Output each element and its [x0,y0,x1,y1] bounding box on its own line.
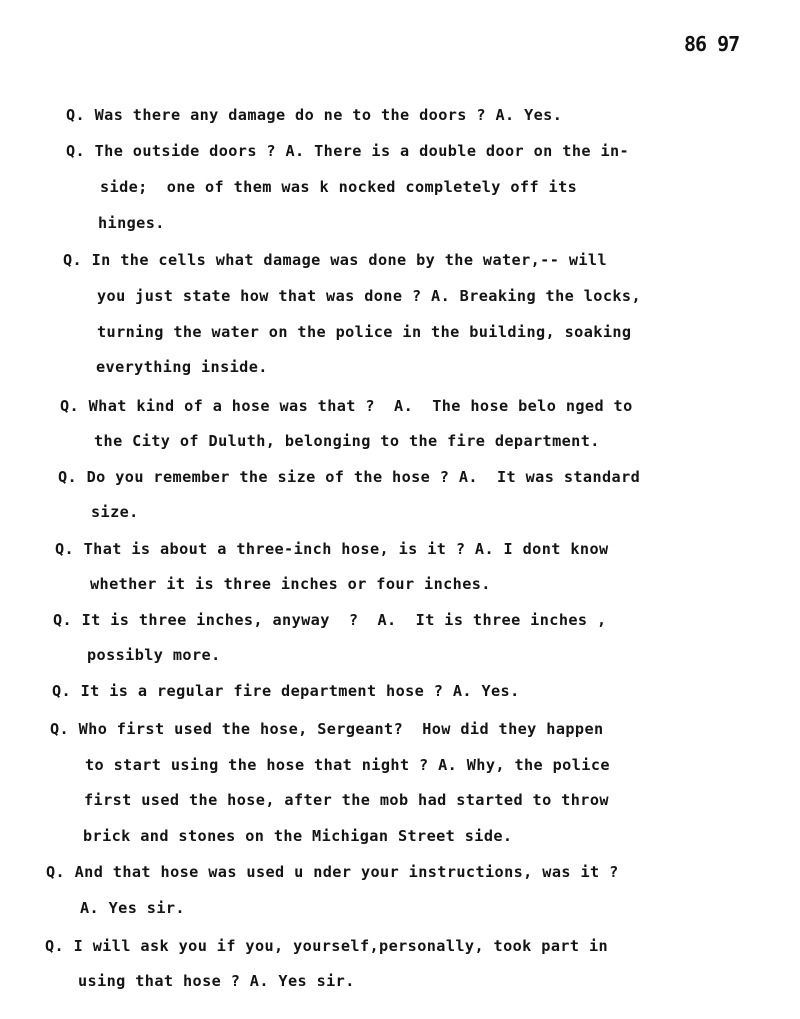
transcript-line: Q. What kind of a hose was that ? A. The… [60,397,633,415]
transcript-line: A. Yes sir. [80,899,185,917]
transcript-page: 86 97 Q. Was there any damage do ne to t… [0,0,800,1019]
transcript-line: Q. Who first used the hose, Sergeant? Ho… [50,720,604,738]
transcript-line: brick and stones on the Michigan Street … [83,827,512,845]
page-number: 86 97 [684,32,739,56]
transcript-line: Q. And that hose was used u nder your in… [46,863,619,881]
transcript-line: Q. It is three inches, anyway ? A. It is… [53,611,607,629]
transcript-line: Q. The outside doors ? A. There is a dou… [66,142,629,160]
transcript-line: Q. That is about a three-inch hose, is i… [55,540,609,558]
transcript-line: possibly more. [87,646,221,664]
transcript-line: to start using the hose that night ? A. … [85,756,610,774]
transcript-line: using that hose ? A. Yes sir. [78,972,355,990]
transcript-line: Q. In the cells what damage was done by … [63,251,607,269]
transcript-line: size. [91,503,139,521]
transcript-line: Q. It is a regular fire department hose … [52,682,520,700]
transcript-line: first used the hose, after the mob had s… [84,791,609,809]
transcript-line: everything inside. [96,358,268,376]
transcript-line: turning the water on the police in the b… [97,323,631,341]
transcript-line: hinges. [98,214,165,232]
transcript-line: the City of Duluth, belonging to the fir… [94,432,600,450]
transcript-line: Q. Do you remember the size of the hose … [58,468,640,486]
transcript-line: you just state how that was done ? A. Br… [97,287,641,305]
transcript-line: Q. I will ask you if you, yourself,perso… [45,937,608,955]
transcript-line: whether it is three inches or four inche… [90,575,491,593]
transcript-line: side; one of them was k nocked completel… [100,178,577,196]
transcript-line: Q. Was there any damage do ne to the doo… [66,106,562,124]
